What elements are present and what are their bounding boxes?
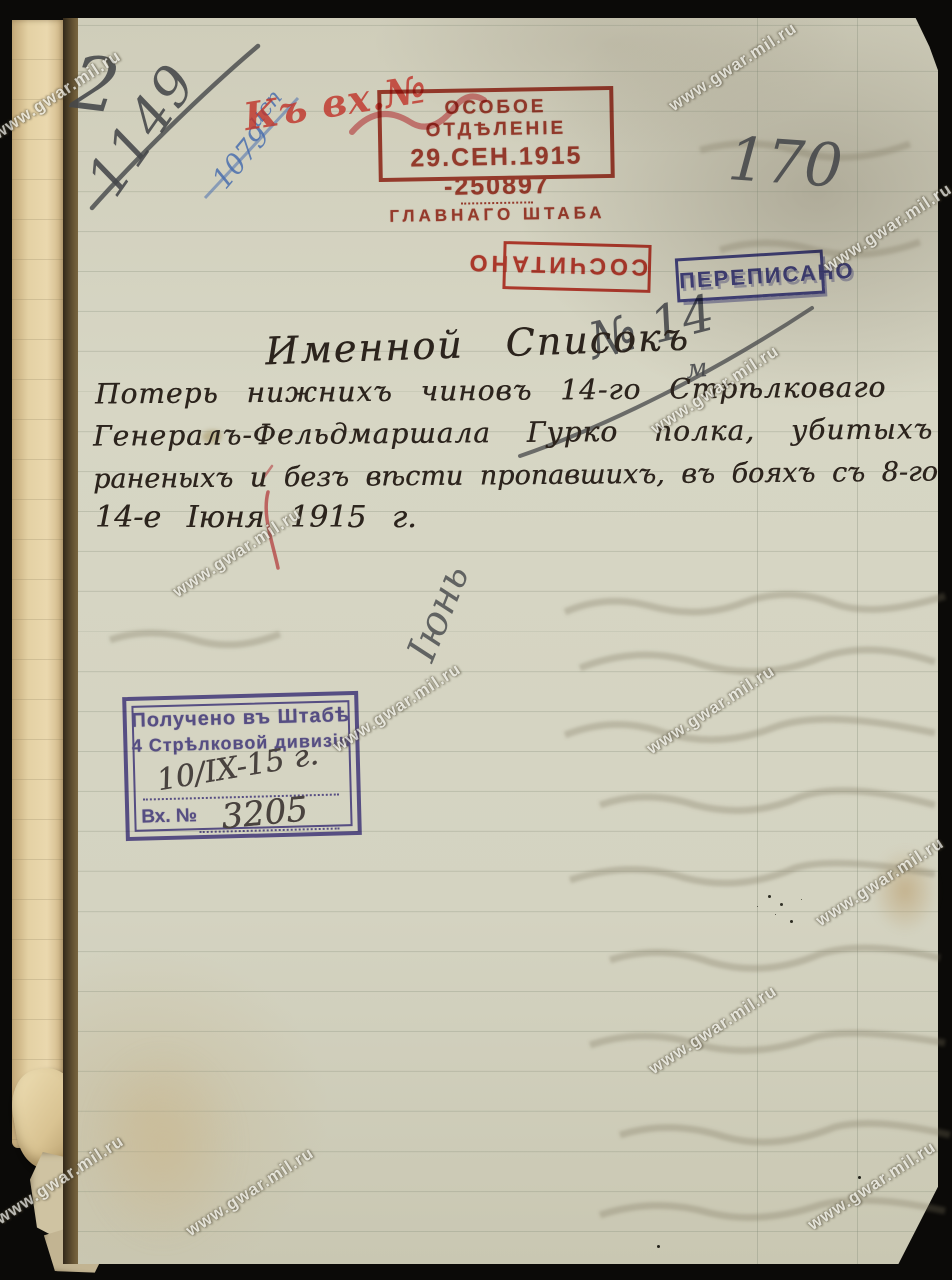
stamp-incoming-label: Вх. № [141, 805, 197, 828]
special-section-stamp: ОСОБОЕ ОТДѢЛЕНІЕ 29.СЕН.1915 -250897 ГЛА… [377, 86, 615, 182]
vertical-rule-line [757, 18, 758, 1264]
stamp-line: ОСОБОЕ ОТДѢЛЕНІЕ [381, 95, 610, 143]
stamp-date-number: 29.СЕН.1915 -250897 [382, 141, 611, 203]
ink-speckles [768, 895, 771, 898]
received-stamp: Получено въ Штабѣ 4 Стрѣлковой дивизіи 1… [122, 691, 362, 841]
title-line-1: Потерь нижнихъ чиновъ 14-го Стрѣлковаго [95, 371, 886, 411]
transcribed-stamp: ПЕРЕПИСАНО [675, 250, 825, 303]
counted-stamp: СОСЧИТАНО [502, 241, 651, 293]
folio-number-pencil: 170 [726, 124, 845, 202]
stamp-line: ГЛАВНАГО ШТАБА [383, 203, 611, 227]
vertical-rule-line [857, 18, 858, 1264]
scanned-document-page: 2 1149 исп 1079 Къ вх.№ 170 № 14 м Іюнь … [0, 0, 952, 1280]
left-page-edge-strip [12, 20, 66, 1148]
